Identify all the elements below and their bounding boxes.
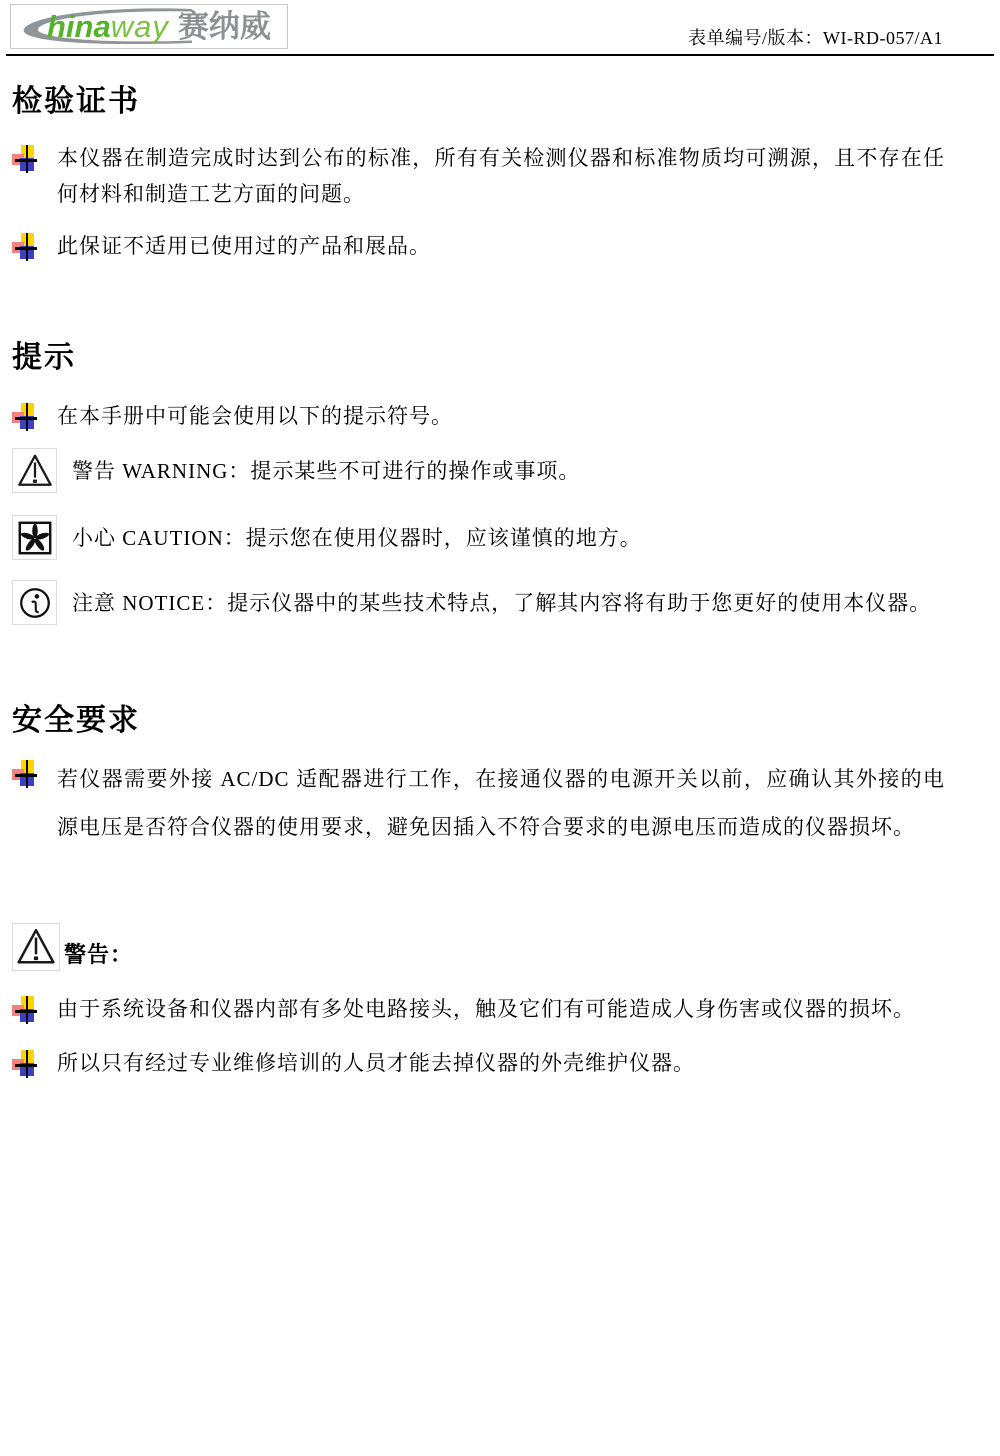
square-bullet-icon	[12, 233, 39, 262]
bullet-cell	[12, 140, 57, 212]
warning-label: 警告：	[64, 938, 133, 971]
caution-asterisk-icon	[12, 515, 57, 560]
section-title-tips: 提示	[12, 338, 945, 378]
list-item: 所以只有经过专业维修培训的人员才能去掉仪器的外壳维护仪器。	[12, 1045, 945, 1081]
bullet-cell	[12, 398, 57, 434]
bullet-cell	[12, 1045, 57, 1081]
tip-symbol-warning: 警告 WARNING：提示某些不可进行的操作或事项。	[12, 448, 945, 495]
bullet-cell	[12, 991, 57, 1027]
square-bullet-icon	[12, 760, 39, 789]
tip-symbol-caution: 小心 CAUTION：提示您在使用仪器时，应该谨慎的地方。	[12, 515, 945, 562]
section-title-safety: 安全要求	[12, 701, 945, 741]
list-item: 由于系统设备和仪器内部有多处电路接头，触及它们有可能造成人身伤害或仪器的损坏。	[12, 991, 945, 1027]
list-item: 若仪器需要外接 AC/DC 适配器进行工作，在接通仪器的电源开关以前，应确认其外…	[12, 755, 945, 851]
list-item: 在本手册中可能会使用以下的提示符号。	[12, 398, 945, 434]
warning-triangle-icon	[12, 923, 60, 971]
company-logo: hinaway赛纳威	[10, 4, 288, 49]
logo-text: hinaway赛纳威	[47, 8, 271, 46]
logo-way: way	[111, 9, 169, 44]
tip-warning-text: 警告 WARNING：提示某些不可进行的操作或事项。	[12, 448, 945, 495]
logo-chinese-name: 赛纳威	[178, 9, 271, 44]
form-number: 表单编号/版本：WI-RD-057/A1	[688, 24, 943, 50]
page-content: 检验证书 本仪器在制造完成时达到公布的标准，所有有关检测仪器和标准物质均可溯源，…	[12, 56, 945, 1081]
square-bullet-icon	[12, 403, 39, 432]
section-title-certificate: 检验证书	[12, 82, 945, 122]
square-bullet-icon	[12, 1050, 39, 1079]
bullet-cell	[12, 755, 57, 851]
bullet-cell	[12, 228, 57, 264]
notice-info-icon	[12, 580, 57, 625]
list-item-text: 所以只有经过专业维修培训的人员才能去掉仪器的外壳维护仪器。	[57, 1045, 945, 1081]
list-item-text: 若仪器需要外接 AC/DC 适配器进行工作，在接通仪器的电源开关以前，应确认其外…	[57, 755, 945, 851]
list-item: 此保证不适用已使用过的产品和展品。	[12, 228, 945, 264]
list-item-text: 本仪器在制造完成时达到公布的标准，所有有关检测仪器和标准物质均可溯源，且不存在任…	[57, 140, 945, 212]
document-page: hinaway赛纳威 表单编号/版本：WI-RD-057/A1 检验证书 本仪器…	[0, 0, 1000, 1456]
tip-notice-text: 注意 NOTICE：提示仪器中的某些技术特点，了解其内容将有助于您更好的使用本仪…	[12, 580, 945, 627]
tip-caution-text: 小心 CAUTION：提示您在使用仪器时，应该谨慎的地方。	[12, 515, 945, 562]
list-item-text: 此保证不适用已使用过的产品和展品。	[57, 228, 945, 264]
square-bullet-icon	[12, 996, 39, 1025]
logo-hina: hina	[47, 9, 111, 44]
warning-heading: 警告：	[12, 923, 945, 971]
tip-symbol-notice: 注意 NOTICE：提示仪器中的某些技术特点，了解其内容将有助于您更好的使用本仪…	[12, 580, 945, 627]
list-item-text: 由于系统设备和仪器内部有多处电路接头，触及它们有可能造成人身伤害或仪器的损坏。	[57, 991, 945, 1027]
square-bullet-icon	[12, 145, 39, 174]
list-item: 本仪器在制造完成时达到公布的标准，所有有关检测仪器和标准物质均可溯源，且不存在任…	[12, 140, 945, 212]
list-item-text: 在本手册中可能会使用以下的提示符号。	[57, 398, 945, 434]
warning-triangle-icon	[12, 448, 57, 493]
